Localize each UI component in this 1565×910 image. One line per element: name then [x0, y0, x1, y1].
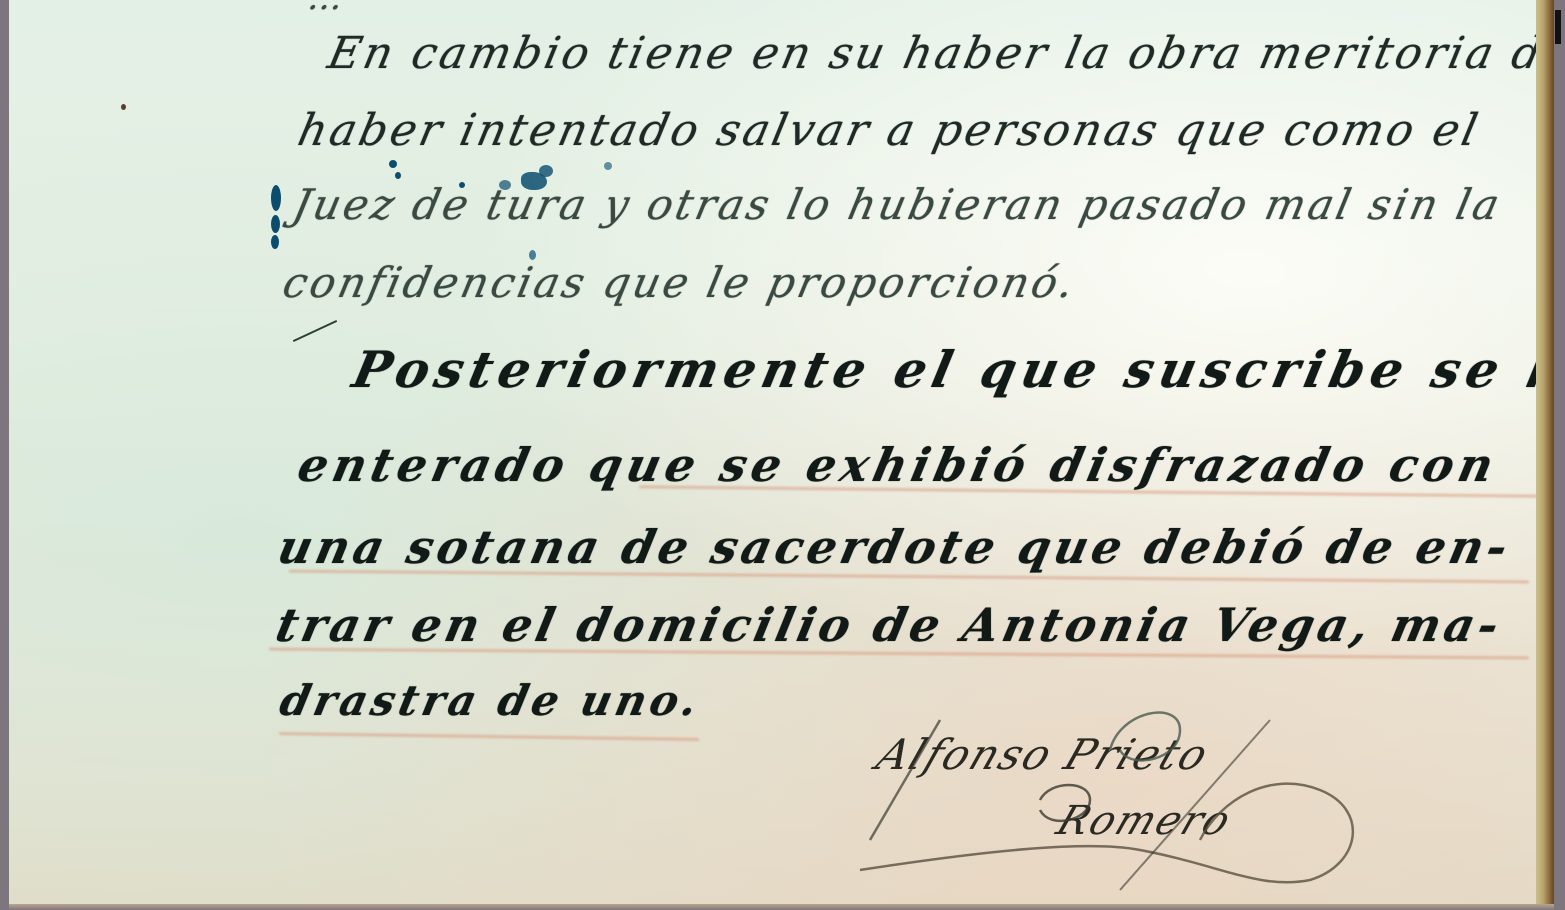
paragraph-mark [293, 320, 337, 342]
handwritten-line-5: Posteriormente el que suscribe se ha [348, 340, 1565, 399]
scan-frame: … En cambio tiene en su haber la obra me… [0, 0, 1565, 910]
ink-blot [529, 250, 536, 260]
handwritten-line-4: confidencias que le proporcionó. [279, 258, 1081, 307]
ink-blot [539, 165, 553, 177]
ink-blot [389, 160, 397, 168]
handwritten-line-8: trar en el domicilio de Antonia Vega, ma… [271, 598, 1507, 652]
handwritten-line-6: enterado que se exhibió disfrazado con [293, 438, 1503, 492]
handwritten-line-partial: … [305, 0, 351, 18]
scan-edge [1554, 0, 1565, 910]
handwritten-line-1: En cambio tiene en su haber la obra meri… [324, 28, 1565, 79]
handwritten-line-7: una sotana de sacerdote que debió de en- [273, 520, 1516, 574]
ink-blot [604, 162, 612, 170]
handwritten-line-2: haber intentado salvar a personas que co… [294, 105, 1485, 156]
ink-blot [395, 172, 401, 179]
ink-blot [271, 215, 280, 233]
ink-blot [459, 182, 465, 188]
page-bottom-edge [9, 904, 1554, 910]
signature-flourish [840, 690, 1400, 910]
ink-blot [499, 180, 511, 190]
handwritten-line-9: drastra de uno. [276, 676, 706, 725]
book-gutter [1536, 0, 1554, 906]
handwritten-line-3: Juez de tura y otras lo hubieran pasado … [289, 180, 1507, 229]
ink-blot [271, 185, 281, 211]
scan-edge-mark [1555, 10, 1561, 44]
ink-speck [121, 104, 126, 110]
ruled-line [279, 732, 699, 741]
ink-blot [271, 235, 279, 249]
